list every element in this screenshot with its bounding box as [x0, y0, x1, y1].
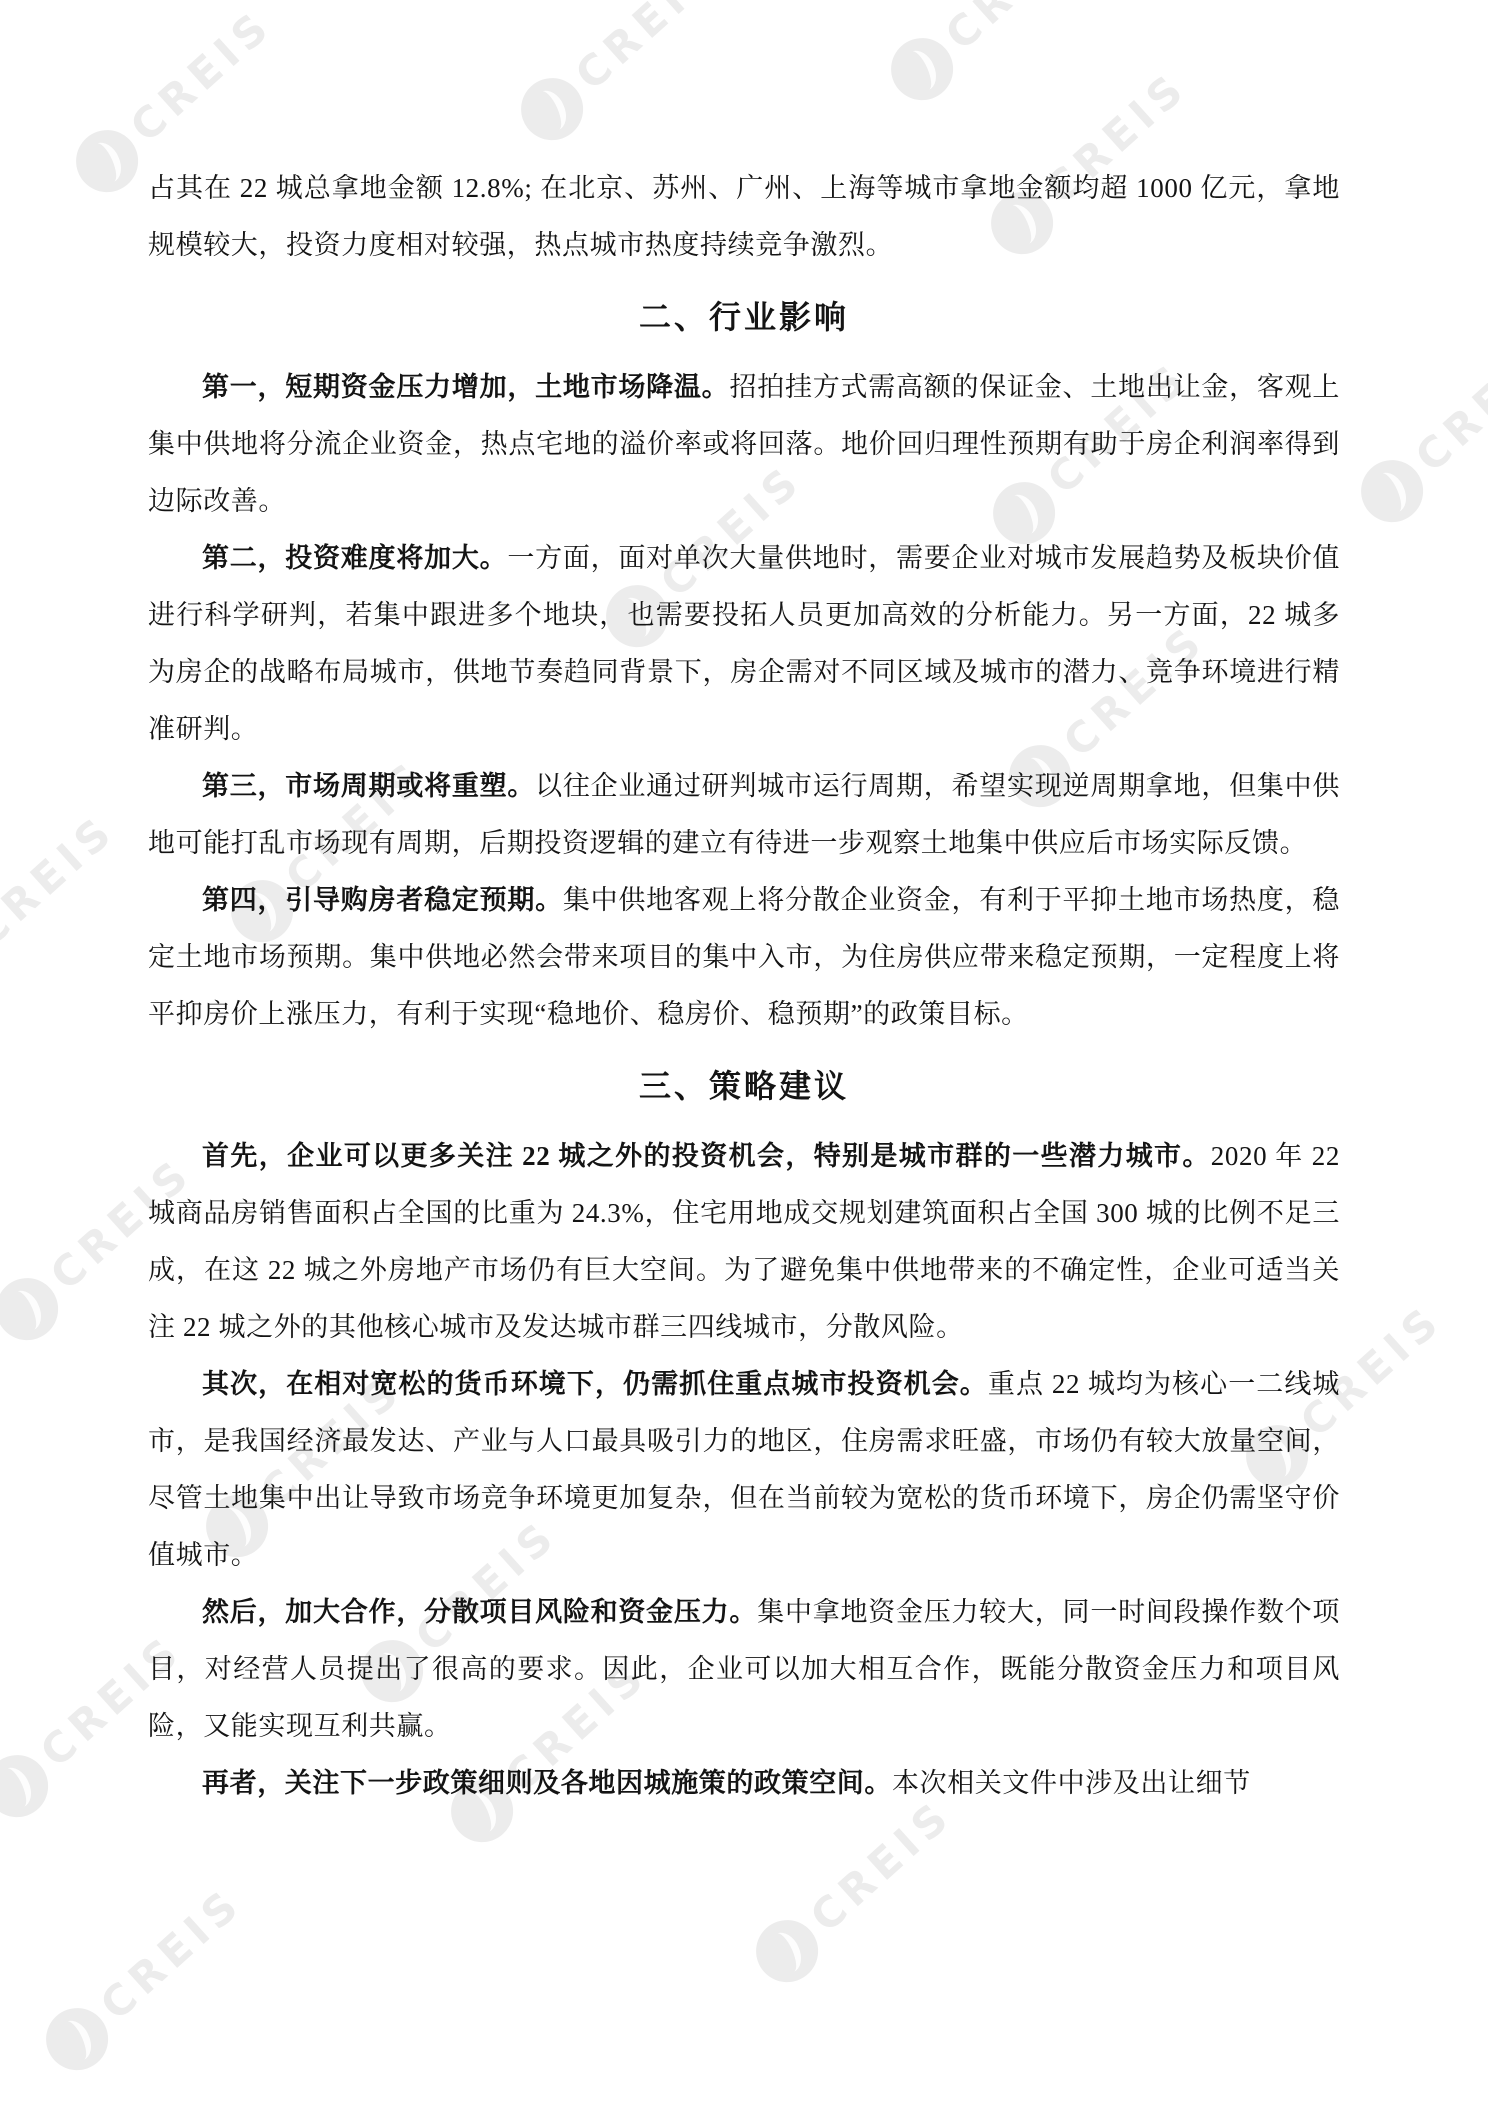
section-heading: 三、策略建议	[148, 1058, 1340, 1115]
intro-paragraph: 占其在 22 城总拿地金额 12.8%; 在北京、苏州、广州、上海等城市拿地金额…	[148, 160, 1340, 274]
paragraph: 第二，投资难度将加大。一方面，面对单次大量供地时，需要企业对城市发展趋势及板块价…	[148, 530, 1340, 758]
paragraph-body: 本次相关文件中涉及出让细节	[892, 1768, 1251, 1798]
creis-watermark-text: CREIS	[94, 1881, 250, 2028]
paragraph: 再者，关注下一步政策细则及各地因城施策的政策空间。本次相关文件中涉及出让细节	[148, 1755, 1340, 1812]
paragraph-lead: 再者，关注下一步政策细则及各地因城施策的政策空间。	[202, 1768, 892, 1798]
creis-watermark: CREIS	[1348, 325, 1488, 535]
creis-logo-icon	[878, 25, 966, 113]
creis-watermark-text: CREIS	[0, 808, 123, 955]
creis-watermark: CREIS	[0, 800, 130, 1010]
creis-watermark-text: CREIS	[804, 1793, 960, 1940]
document-page: CREISCREISCREISCREISCREISCREISCREISCREIS…	[0, 0, 1488, 2104]
paragraph-body: 一方面，面对单次大量供地时，需要企业对城市发展趋势及板块价值进行科学研判，若集中…	[148, 543, 1340, 744]
paragraph-lead: 首先，企业可以更多关注 22 城之外的投资机会，特别是城市群的一些潜力城市。	[202, 1141, 1211, 1171]
paragraph: 其次，在相对宽松的货币环境下，仍需抓住重点城市投资机会。重点 22 城均为核心一…	[148, 1356, 1340, 1584]
paragraph: 第一，短期资金压力增加，土地市场降温。招拍挂方式需高额的保证金、土地出让金，客观…	[148, 359, 1340, 530]
creis-watermark-text: CREIS	[939, 0, 1095, 57]
creis-logo-icon	[33, 1995, 121, 2083]
creis-watermark-text: CREIS	[124, 3, 280, 150]
paragraph-body: 2020 年 22 城商品房销售面积占全国的比重为 24.3%，住宅用地成交规划…	[148, 1141, 1340, 1342]
paragraph: 第三，市场周期或将重塑。以往企业通过研判城市运行周期，希望实现逆周期拿地，但集中…	[148, 758, 1340, 872]
paragraph: 然后，加大合作，分散项目风险和资金压力。集中拿地资金压力较大，同一时间段操作数个…	[148, 1584, 1340, 1755]
creis-logo-icon	[508, 65, 596, 153]
paragraph-lead: 第一，短期资金压力增加，土地市场降温。	[202, 372, 729, 402]
creis-logo-icon	[63, 117, 151, 205]
section-strategy-advice: 三、策略建议 首先，企业可以更多关注 22 城之外的投资机会，特别是城市群的一些…	[148, 1058, 1340, 1812]
paragraph-lead: 第四，引导购房者稳定预期。	[202, 885, 563, 915]
creis-watermark: CREIS	[878, 0, 1101, 113]
creis-logo-icon	[1348, 447, 1436, 535]
paragraph-lead: 第二，投资难度将加大。	[202, 543, 507, 573]
creis-watermark: CREIS	[743, 1785, 966, 1995]
creis-watermark: CREIS	[33, 1873, 256, 2083]
section-industry-impact: 二、行业影响 第一，短期资金压力增加，土地市场降温。招拍挂方式需高额的保证金、土…	[148, 289, 1340, 1043]
document-content: 占其在 22 城总拿地金额 12.8%; 在北京、苏州、广州、上海等城市拿地金额…	[148, 160, 1340, 1812]
paragraph-lead: 第三，市场周期或将重塑。	[202, 771, 535, 801]
creis-watermark-text: CREIS	[1409, 333, 1488, 480]
creis-watermark: CREIS	[508, 0, 731, 153]
paragraph: 首先，企业可以更多关注 22 城之外的投资机会，特别是城市群的一些潜力城市。20…	[148, 1128, 1340, 1356]
creis-logo-icon	[0, 1742, 61, 1830]
creis-watermark-text: CREIS	[569, 0, 725, 97]
intro-paragraph-text: 占其在 22 城总拿地金额 12.8%; 在北京、苏州、广州、上海等城市拿地金额…	[148, 173, 1340, 260]
section-heading: 二、行业影响	[148, 289, 1340, 346]
paragraph-body: 重点 22 城均为核心一二线城市，是我国经济最发达、产业与人口最具吸引力的地区，…	[148, 1369, 1340, 1570]
paragraph-lead: 然后，加大合作，分散项目风险和资金压力。	[202, 1597, 757, 1627]
creis-logo-icon	[0, 1265, 71, 1353]
paragraph-lead: 其次，在相对宽松的货币环境下，仍需抓住重点城市投资机会。	[202, 1369, 988, 1399]
paragraph: 第四，引导购房者稳定预期。集中供地客观上将分散企业资金，有利于平抑土地市场热度，…	[148, 872, 1340, 1043]
creis-logo-icon	[743, 1907, 831, 1995]
